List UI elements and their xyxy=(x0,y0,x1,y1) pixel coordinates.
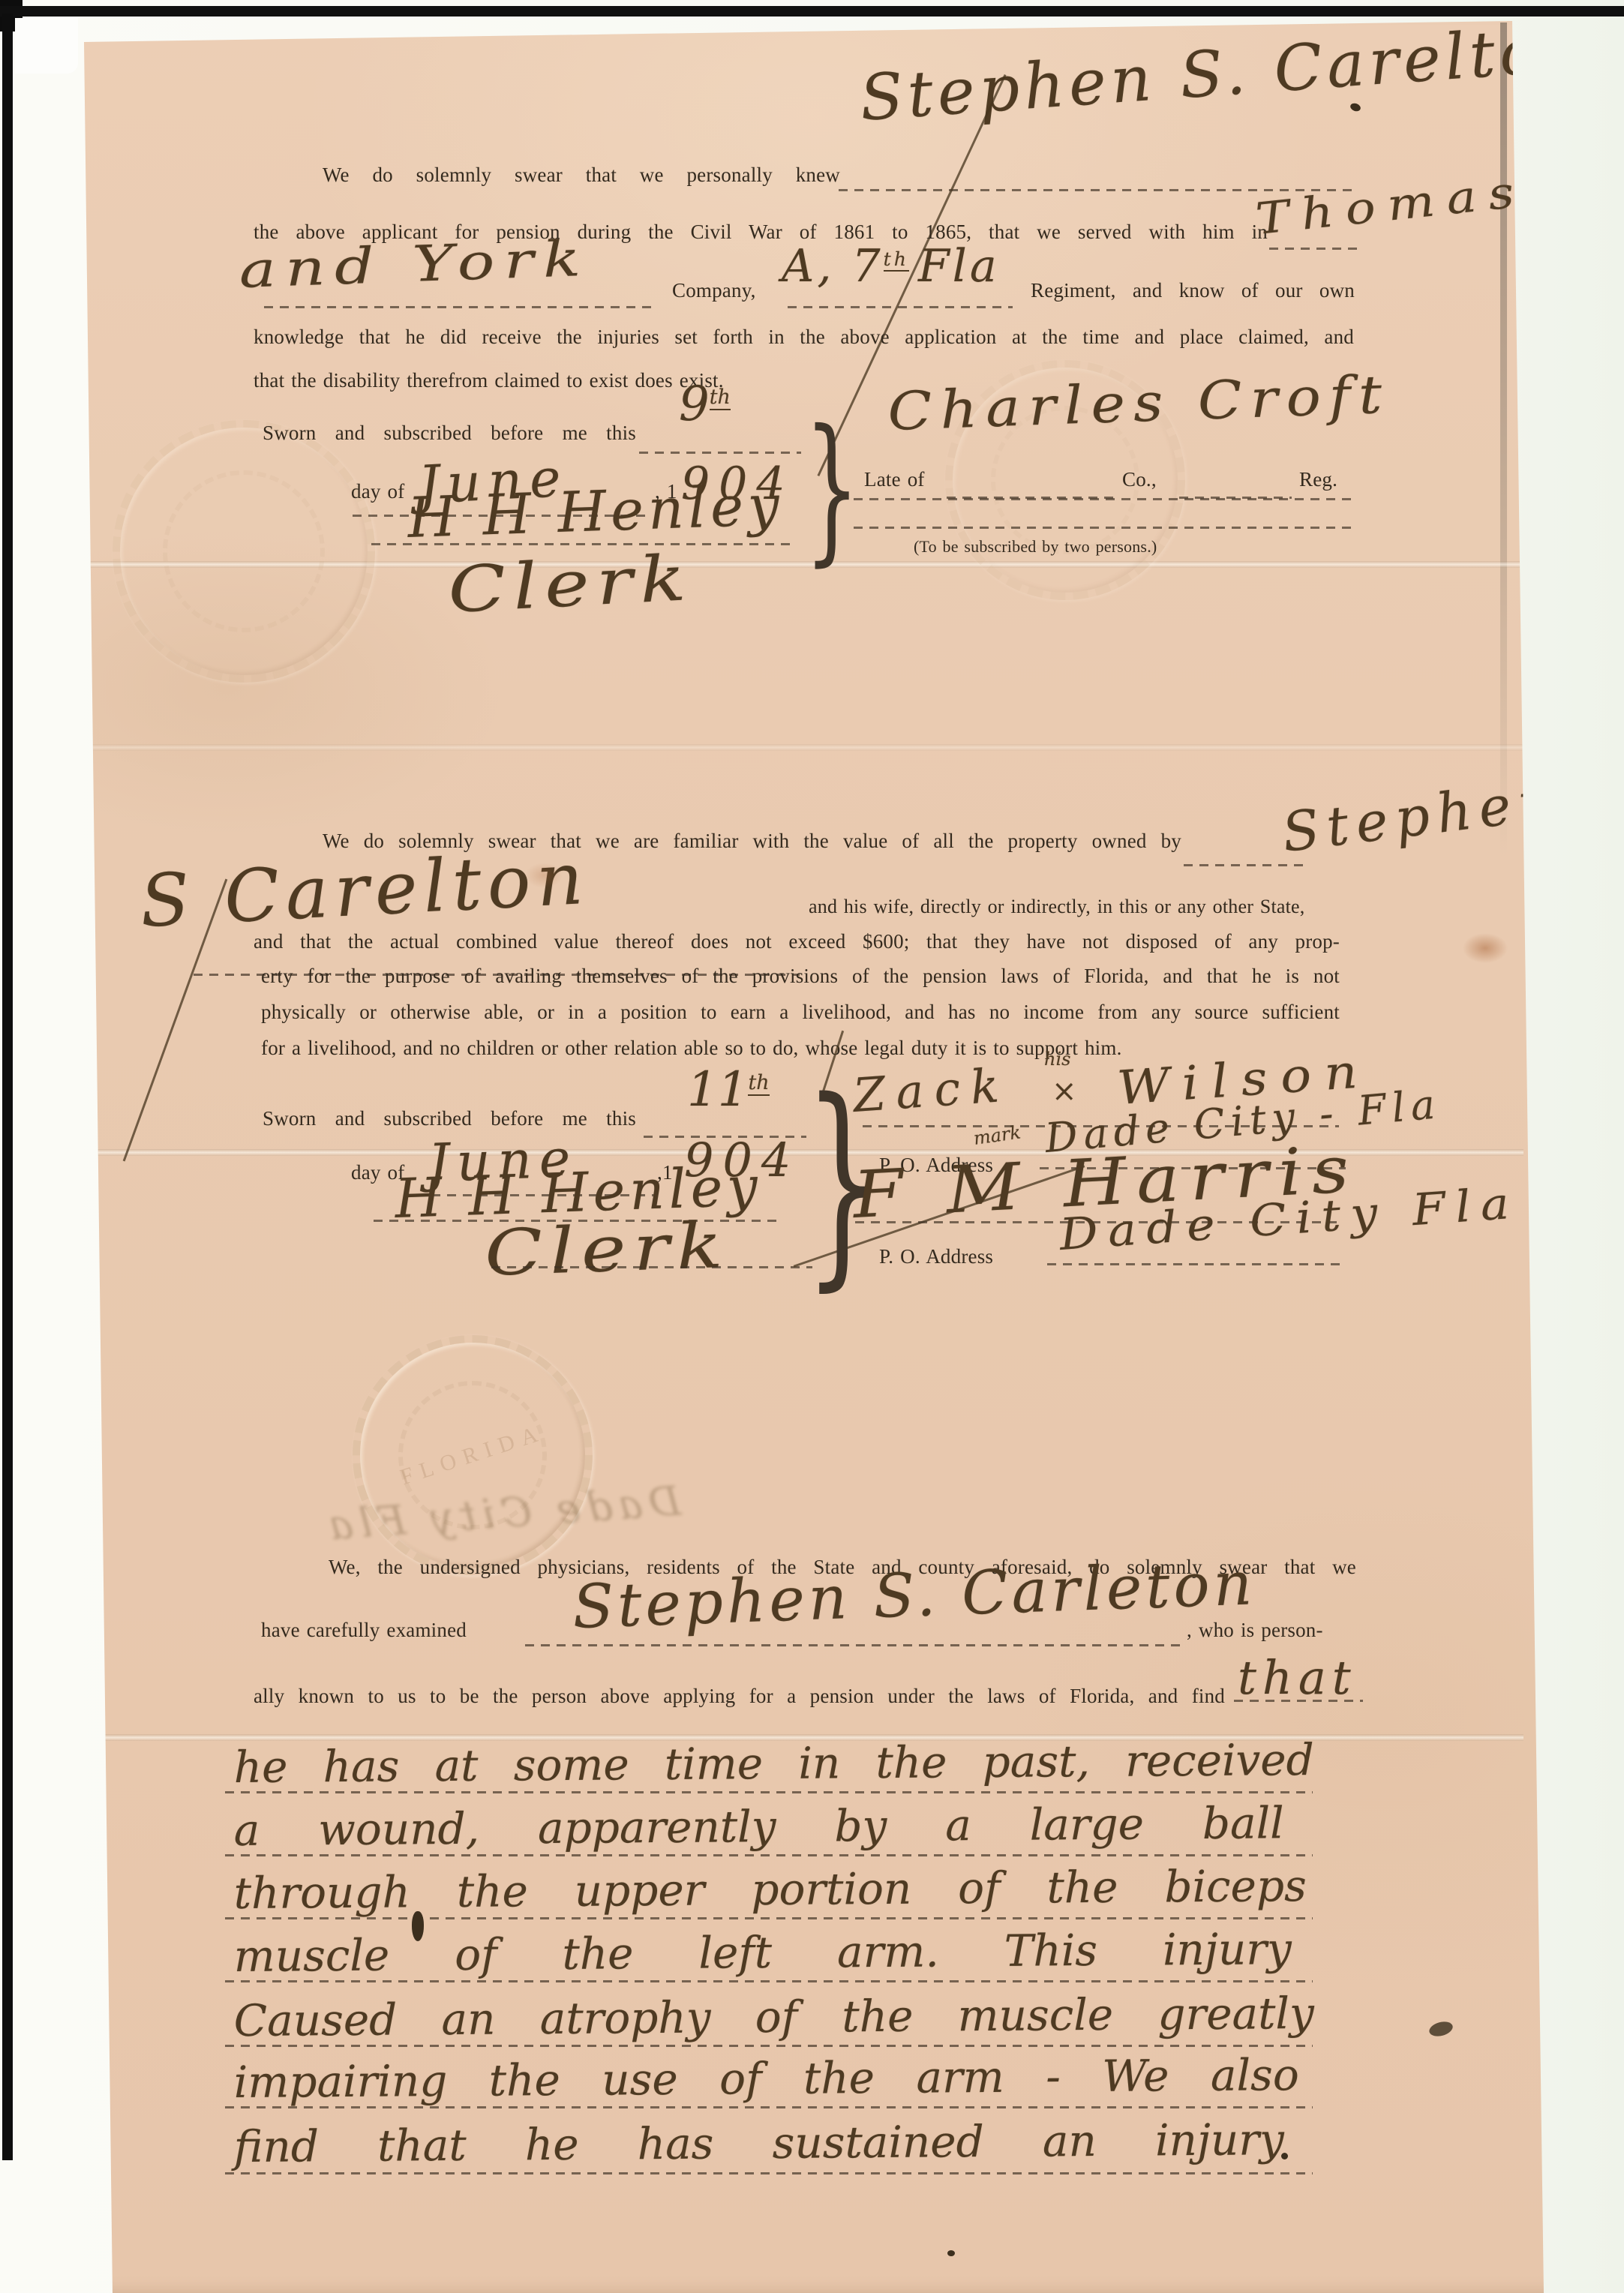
witness1-first-name: Zack xyxy=(851,1058,1011,1123)
printed-line: that the disability therefrom claimed to… xyxy=(254,369,724,392)
scanner-corner-gap xyxy=(15,18,78,74)
ink-smudge xyxy=(1427,2019,1454,2039)
clerk-title-handwritten: Clerk xyxy=(484,1208,731,1290)
applicant-name-handwritten: Stephen S. Carelton xyxy=(857,11,1589,135)
witness-unit-handwritten: Thomas xyxy=(1253,166,1529,245)
scanner-edge-top-bar xyxy=(0,6,1624,17)
ink-speck xyxy=(1281,2153,1288,2159)
ruled-line xyxy=(225,2045,1313,2047)
paper-right-edge-crease xyxy=(1500,23,1507,859)
printed-line: erty for the purpose of availing themsel… xyxy=(261,965,1340,988)
embossed-seal-icon xyxy=(113,420,375,683)
scanner-edge-left-bar xyxy=(2,14,13,2160)
clerk-signature: H H Henley xyxy=(407,473,785,551)
blank-line xyxy=(1269,248,1358,250)
findings-line: a wound, apparently by a large ball xyxy=(234,1797,1284,1856)
ruled-line xyxy=(225,1854,1313,1856)
printed-label: Sworn and subscribed before me this xyxy=(263,422,636,445)
ink-speck xyxy=(947,2250,955,2256)
printed-line: physically or otherwise able, or in a po… xyxy=(261,1001,1340,1024)
paper-stain xyxy=(1463,933,1508,963)
witness1-mark-x: × xyxy=(1052,1074,1077,1109)
blank-line xyxy=(1184,864,1304,866)
clerk-title-handwritten: Clerk xyxy=(446,541,695,627)
ink-speck xyxy=(1349,102,1362,113)
printed-label: have carefully examined xyxy=(261,1619,467,1642)
blank-line xyxy=(371,543,791,545)
printed-line: knowledge that he did receive the injuri… xyxy=(254,326,1354,349)
printed-label: Reg. xyxy=(1299,468,1337,491)
findings-line: through the upper portion of the biceps xyxy=(234,1860,1307,1919)
findings-line: muscle of the left arm. This injury xyxy=(234,1923,1292,1982)
ruled-line xyxy=(225,1917,1313,1919)
witness-unit-handwritten: and York xyxy=(238,230,590,299)
findings-line: he has at some time in the past, receive… xyxy=(234,1734,1314,1793)
seal-text: FLORIDA xyxy=(398,1420,548,1490)
printed-label: Late of xyxy=(864,468,925,491)
findings-line: impairing the use of the arm - We also xyxy=(234,2049,1299,2108)
blank-line xyxy=(525,1644,1181,1646)
ruled-line xyxy=(225,2106,1313,2108)
witness-signature: Charles Croft xyxy=(887,364,1391,443)
printed-label: day of xyxy=(351,480,404,503)
printed-line: and his wife, directly or indirectly, in… xyxy=(809,896,1305,918)
day-number-handwritten: 9th xyxy=(679,377,731,432)
paper-stain xyxy=(525,863,563,888)
blank-line xyxy=(788,306,1013,308)
ruled-line xyxy=(225,2172,1313,2174)
blank-line xyxy=(639,452,801,454)
printed-line: ally known to us to be the person above … xyxy=(254,1685,1225,1708)
brace-glyph: } xyxy=(804,426,860,550)
company-handwritten: A, 7thFla xyxy=(782,240,1000,293)
findings-first-word-handwritten: that xyxy=(1238,1650,1357,1705)
ruled-line xyxy=(225,1791,1313,1793)
blank-line xyxy=(491,1266,812,1268)
document-paper: FLORIDA Dade City Fla We do solemnly swe… xyxy=(0,0,1624,2293)
blank-line xyxy=(1179,497,1292,499)
pension-affidavit-scan: FLORIDA Dade City Fla We do solemnly swe… xyxy=(0,0,1624,2293)
blank-line xyxy=(1234,1700,1363,1702)
printed-line: , who is person- xyxy=(1187,1619,1323,1642)
printed-line: and that the actual combined value there… xyxy=(254,930,1340,953)
applicant-first-name-handwritten: Stephen xyxy=(1279,767,1564,864)
witness1-his-label: his xyxy=(1044,1049,1070,1070)
printed-label: P. O. Address xyxy=(879,1245,993,1268)
printed-label: Sworn and subscribed before me this xyxy=(263,1107,636,1130)
printed-note: (To be subscribed by two persons.) xyxy=(914,537,1157,557)
blank-line xyxy=(1047,1263,1346,1265)
printed-label: Company, xyxy=(672,279,756,302)
ruled-line xyxy=(225,1980,1313,1982)
ink-drip xyxy=(412,1911,424,1941)
day-number-handwritten: 11th xyxy=(687,1062,770,1118)
printed-label: Co., xyxy=(1122,468,1157,491)
findings-line: find that he has sustained an injury xyxy=(234,2114,1284,2172)
findings-line: Caused an atrophy of the muscle greatly xyxy=(234,1988,1314,2046)
blank-line xyxy=(854,527,1356,529)
printed-line: We do solemnly swear that we personally … xyxy=(323,164,840,187)
applicant-name-handwritten: S Carelton xyxy=(138,836,591,944)
blank-line xyxy=(947,497,1115,499)
blank-line xyxy=(264,306,658,308)
printed-line: for a livelihood, and no children or oth… xyxy=(261,1037,1122,1060)
fold-crease-2 xyxy=(87,744,1523,751)
printed-line: Regiment, and know of our own xyxy=(1031,279,1355,302)
